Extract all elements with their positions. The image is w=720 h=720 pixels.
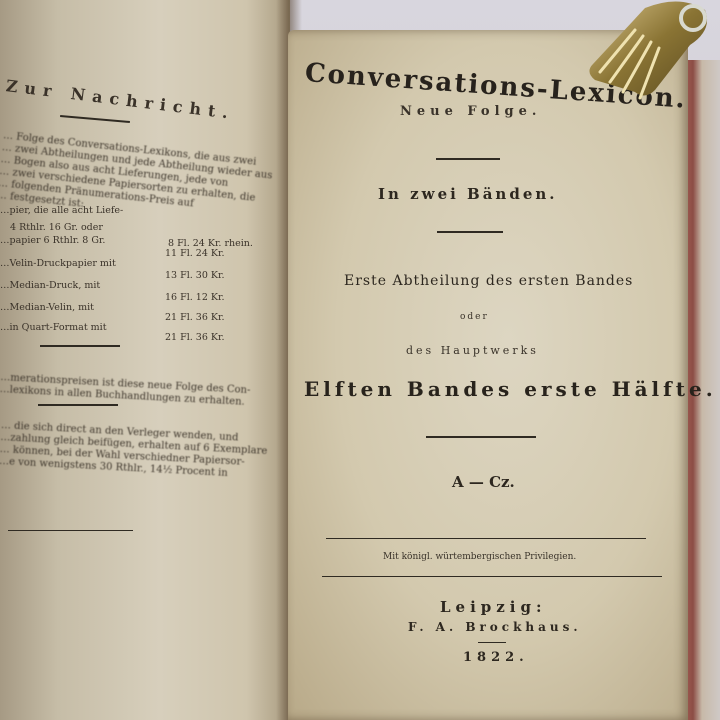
- price-value: 11 Fl. 24 Kr.: [165, 248, 225, 259]
- publication-year: 1822.: [463, 650, 529, 665]
- notice-paragraph-3: … die sich direct an den Verleger wenden…: [0, 420, 268, 482]
- left-page-heading: Zur Nachricht.: [5, 76, 236, 123]
- price-row: …pier, die alle acht Liefe-: [0, 205, 123, 216]
- price-row: 4 Rthlr. 16 Gr. oder: [10, 222, 103, 233]
- price-value: 21 Fl. 36 Kr.: [165, 332, 225, 343]
- divider: [326, 538, 646, 539]
- publisher: F. A. Brockhaus.: [408, 620, 582, 634]
- publication-city: Leipzig:: [440, 598, 547, 616]
- price-value: 21 Fl. 36 Kr.: [165, 312, 225, 323]
- price-value: 16 Fl. 12 Kr.: [165, 292, 225, 303]
- divider: [8, 530, 133, 531]
- price-row: …papier 6 Rthlr. 8 Gr.: [0, 235, 105, 246]
- divider: [436, 158, 500, 160]
- divider: [60, 115, 130, 123]
- alphabet-range: A — Cz.: [452, 473, 515, 491]
- privilege-line: Mit königl. würtembergischen Privilegien…: [383, 552, 576, 562]
- or-line: oder: [460, 312, 489, 322]
- book-subtitle: Neue Folge.: [400, 104, 541, 119]
- divider: [322, 576, 662, 577]
- price-row: …Velin-Druckpapier mit: [0, 258, 116, 269]
- divider: [426, 436, 536, 438]
- volumes-line: In zwei Bänden.: [378, 185, 558, 203]
- divider: [478, 642, 506, 643]
- divider: [437, 231, 503, 233]
- part-line: Erste Abtheilung des ersten Bandes: [344, 273, 633, 289]
- divider: [38, 404, 118, 406]
- divider: [40, 345, 120, 347]
- price-row: …in Quart-Format mit: [0, 322, 107, 333]
- title-page: [288, 30, 688, 720]
- left-page: Zur Nachricht. … Folge des Conversations…: [0, 0, 290, 720]
- brass-hand-clip-icon: [585, 0, 715, 105]
- price-value: 13 Fl. 30 Kr.: [165, 270, 225, 281]
- half-volume-line: Elften Bandes erste Hälfte.: [304, 377, 717, 401]
- price-row: …Median-Druck, mit: [0, 280, 100, 291]
- main-work-line: des Hauptwerks: [406, 344, 539, 357]
- price-row: …Median-Velin, mit: [0, 302, 94, 313]
